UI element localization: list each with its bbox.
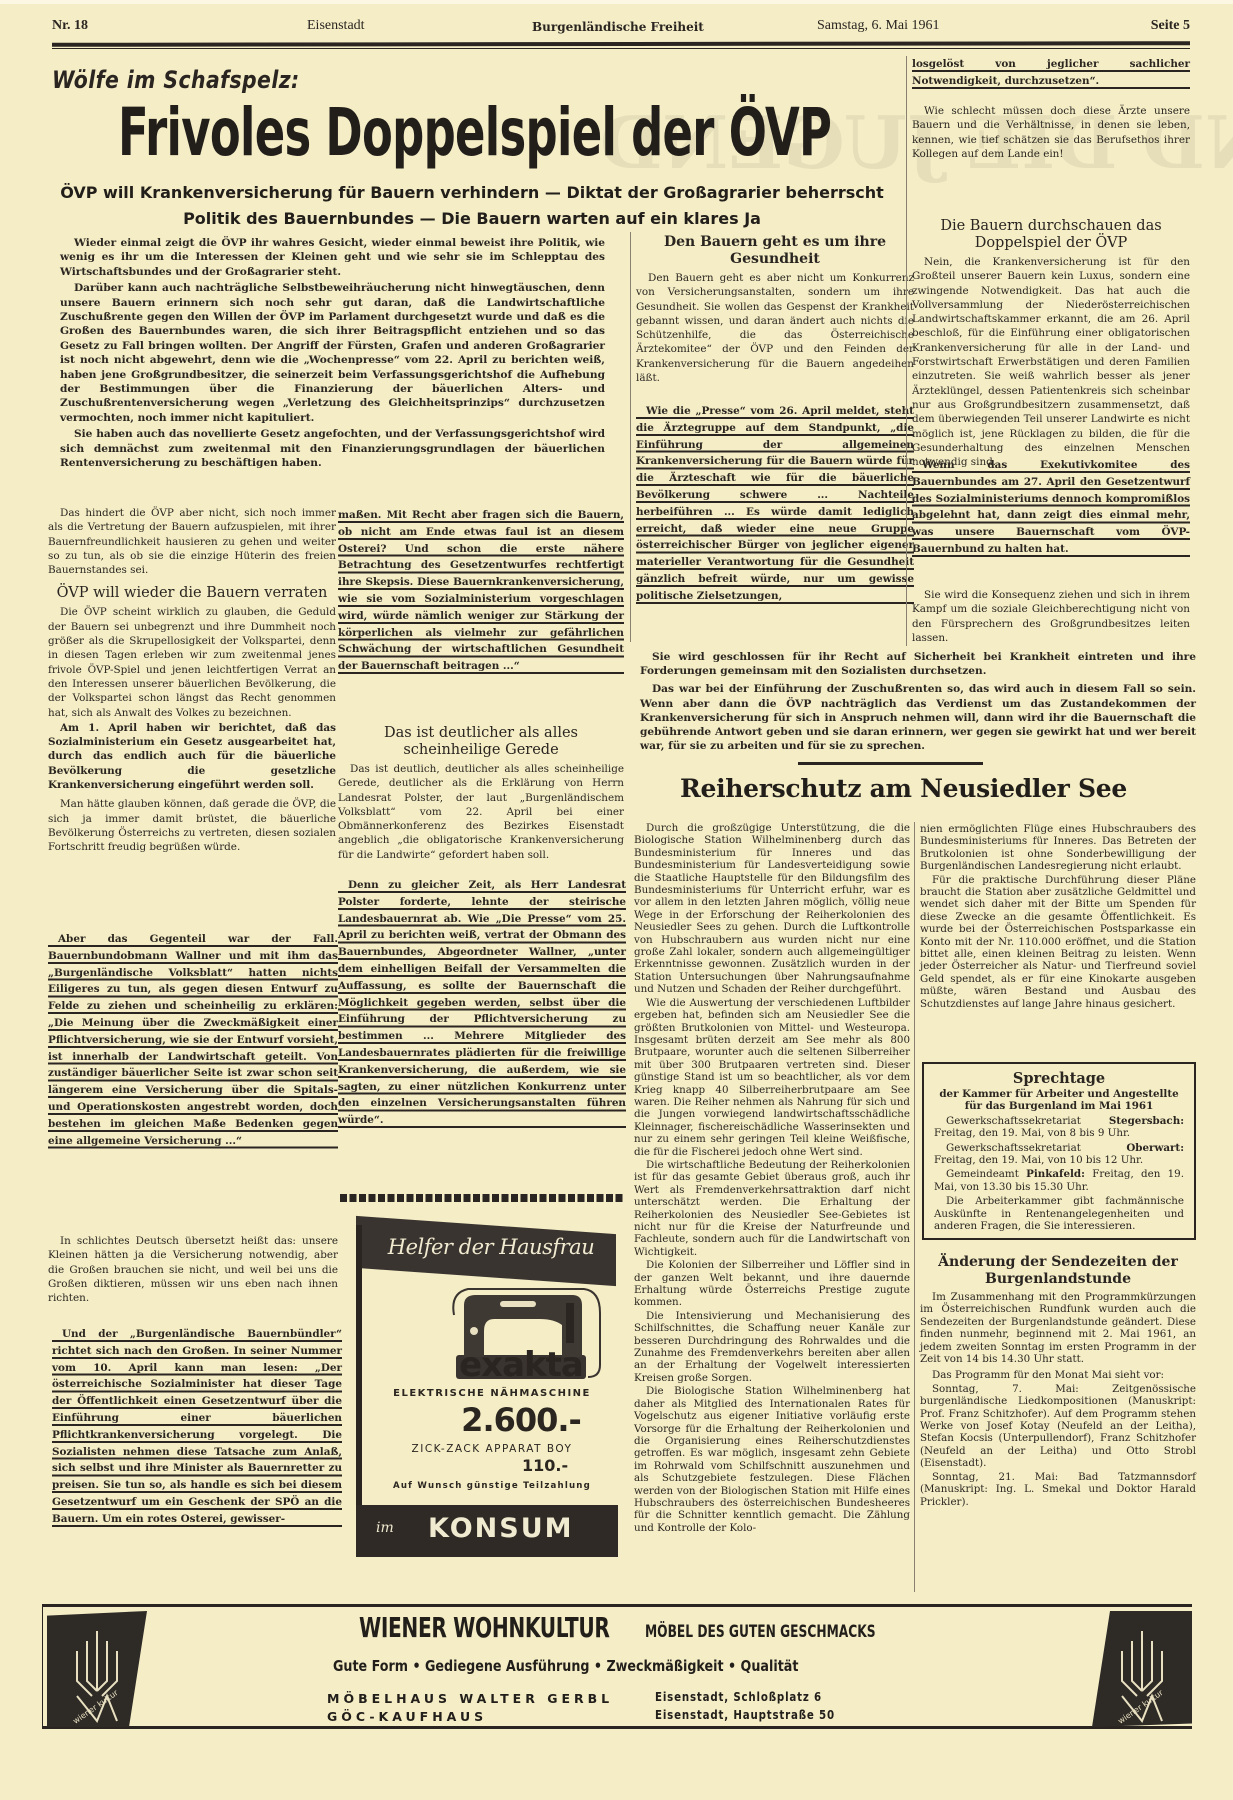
paragraph: Die ÖVP scheint wirklich zu glauben, die… [48, 605, 336, 719]
column-4-top: Wie schlecht müssen doch diese Ärzte uns… [912, 104, 1190, 162]
paragraph: Sonntag, 7. Mai: Zeitgenössische burgenl… [920, 1383, 1196, 1470]
newspaper-page: UND DIE JUGEND Nr. 18 Eisenstadt Burgenl… [0, 0, 1233, 1800]
underlined-paragraph: maßen. Mit Recht aber fragen sich die Ba… [338, 507, 624, 675]
ad-installment: Auf Wunsch günstige Teilzahlung [368, 1481, 616, 1491]
paragraph: Nein, die Krankenversicherung ist für de… [912, 255, 1190, 469]
ad-qualities: Gute Form • Gediegene Ausführung • Zweck… [333, 1657, 798, 1675]
reiher-column-right: nien ermöglichten Flüge eines Hubschraub… [920, 823, 1196, 1011]
wohnkultur-advertisement: wiener kultur WIENER WOHNKULTUR MÖBEL DE… [42, 1604, 1192, 1729]
issue-number: Nr. 18 [52, 18, 88, 34]
ad-tagline: MÖBEL DES GUTEN GESCHMACKS [645, 1622, 876, 1642]
schedule-entry: Gewerkschaftssekretariat Stegersbach: Fr… [934, 1115, 1184, 1140]
schedule-entry: Gewerkschaftssekretariat Oberwart: Freit… [934, 1142, 1184, 1167]
closing-paragraph: Sie wird geschlossen für ihr Recht auf S… [640, 650, 1196, 678]
paragraph: Die Biologische Station Wilhelminenberg … [634, 1385, 910, 1534]
section-heading: Die Bauern durchschauen das Doppelspiel … [912, 218, 1190, 252]
reiher-column-left: Durch die großzügige Unterstützung, die … [634, 822, 910, 1535]
dealer-name: MÖBELHAUS WALTER GERBL [327, 1691, 613, 1706]
underlined-quote-6: Wenn das Exekutivkomitee des Bauernbunde… [912, 457, 1190, 559]
underlined-paragraph: Aber das Gegenteil war der Fall. Bauernb… [48, 931, 338, 1149]
column-1-top: Das hindert die ÖVP aber nicht, sich noc… [48, 506, 336, 856]
underlined-paragraph: Denn zu gleicher Zeit, als Herr Landesra… [338, 877, 626, 1129]
paragraph: Durch die großzügige Unterstützung, die … [634, 822, 910, 996]
dealer-address: Eisenstadt, Hauptstraße 50 [655, 1707, 835, 1722]
underlined-paragraph: losgelöst von jeglicher sachlicher Notwe… [912, 56, 1190, 90]
newspaper-name: Burgenländische Freiheit [532, 20, 704, 34]
ad-frame [356, 1225, 362, 1545]
article-subhead: ÖVP will Krankenversicherung für Bauern … [42, 180, 902, 232]
ad-product: ELEKTRISCHE NÄHMASCHINE [372, 1388, 612, 1399]
paragraph: Das hindert die ÖVP aber nicht, sich noc… [48, 506, 336, 577]
underlined-quote-1: Aber das Gegenteil war der Fall. Bauernb… [48, 931, 338, 1150]
column-4-bottom: Sie wird die Konsequenz ziehen und sich … [912, 588, 1190, 646]
closing-paragraph: Das war bei der Einführung der Zuschußre… [640, 682, 1196, 753]
wk-logo-icon: wiener kultur [47, 1611, 147, 1727]
article-closing: Sie wird geschlossen für ihr Recht auf S… [640, 650, 1196, 757]
paragraph-bold: Am 1. April haben wir berichtet, daß das… [48, 721, 336, 792]
article-end-rule [798, 762, 983, 765]
ad-slogan: Helfer der Hausfrau [376, 1235, 606, 1259]
dealer-address: Eisenstadt, Schloßplatz 6 [655, 1689, 822, 1704]
article-headline: Frivoles Doppelspiel der ÖVP [118, 88, 594, 178]
masthead-city: Eisenstadt [307, 18, 365, 34]
box-note: Die Arbeiterkammer gibt fachmännische Au… [934, 1195, 1184, 1232]
article-lead: Wieder einmal zeigt die ÖVP ihr wahres G… [60, 236, 605, 473]
underlined-quote-3: Denn zu gleicher Zeit, als Herr Landesra… [338, 877, 626, 1130]
underlined-paragraph: Wie die „Presse“ vom 26. April meldet, s… [636, 403, 914, 605]
wiener-kultur-logo: wiener kultur [1092, 1611, 1192, 1727]
paragraph: Im Zusammenhang mit den Programmkürzunge… [920, 1291, 1196, 1365]
paragraph: Für die praktische Durchführung dieser P… [920, 874, 1196, 1010]
reiher-article-title: Reiherschutz am Neusiedler See [680, 774, 1127, 803]
paragraph: Man hätte glauben können, daß gerade die… [48, 797, 336, 854]
paragraph: In schlichtes Deutsch übersetzt heißt da… [48, 1234, 338, 1305]
box-subtitle: der Kammer für Arbeiter und Angestellte … [934, 1088, 1184, 1113]
paragraph: Das ist deutlich, deutlicher als alles s… [338, 762, 624, 862]
ad-price: 2.600.- [426, 1401, 616, 1439]
masthead-rule [52, 41, 1190, 47]
ad-brand: exakta [436, 1345, 606, 1385]
underlined-quote-2: Und der „Burgenländische Bauernbündler“ … [52, 1326, 342, 1529]
section-heading: Änderung der Sendezeiten der Burgenlands… [920, 1254, 1196, 1288]
ad-brand: WIENER WOHNKULTUR [359, 1611, 609, 1644]
lead-paragraph: Sie haben auch das novellierte Gesetz an… [60, 427, 605, 470]
dotted-divider [340, 1194, 625, 1202]
konsum-advertisement: Helfer der Hausfrau exakta ELEKTRISCHE N… [346, 1215, 616, 1600]
issue-date: Samstag, 6. Mai 1961 [817, 18, 940, 34]
masthead: Nr. 18 Eisenstadt Burgenländische Freihe… [52, 18, 1190, 40]
underlined-quote-5: losgelöst von jeglicher sachlicher Notwe… [912, 56, 1190, 91]
column-rule [630, 232, 631, 642]
paragraph: Sonntag, 21. Mai: Bad Tatzmannsdorf (Man… [920, 1471, 1196, 1508]
paragraph: Die Intensivierung und Mechanisierung de… [634, 1310, 910, 1384]
paragraph: Den Bauern geht es aber nicht um Konkurr… [636, 271, 914, 385]
box-title: Sprechtage [934, 1070, 1184, 1088]
section-heading: Das ist deutlicher als alles scheinheili… [338, 725, 624, 759]
paragraph: Die Kolonien der Silberreiher und Löffle… [634, 1259, 910, 1309]
dealer-name: GÖC-KAUFHAUS [327, 1709, 487, 1724]
box-entries: Gewerkschaftssekretariat Stegersbach: Fr… [934, 1115, 1184, 1233]
paragraph: Das Programm für den Monat Mai sieht vor… [920, 1369, 1196, 1381]
sendezeiten-article: Änderung der Sendezeiten der Burgenlands… [920, 1252, 1196, 1509]
paragraph: Wie schlecht müssen doch diese Ärzte uns… [912, 104, 1190, 161]
ad-accessory-price: 110.- [522, 1456, 568, 1475]
paragraph: Sie wird die Konsequenz ziehen und sich … [912, 588, 1190, 645]
underlined-quote-2-continued: maßen. Mit Recht aber fragen sich die Ba… [338, 507, 624, 676]
column-1-plain: In schlichtes Deutsch übersetzt heißt da… [48, 1234, 338, 1306]
paragraph: nien ermöglichten Flüge eines Hubschraub… [920, 823, 1196, 873]
paragraph: Die wirtschaftliche Bedeutung der Reiher… [634, 1159, 910, 1258]
ad-accessory: ZICK-ZACK APPARAT BOY [382, 1443, 602, 1455]
lead-paragraph: Darüber kann auch nachträgliche Selbstbe… [60, 281, 605, 425]
underlined-quote-4: Wie die „Presse“ vom 26. April meldet, s… [636, 403, 914, 606]
scan-edge [0, 0, 1233, 4]
column-rule [914, 822, 915, 1592]
underlined-paragraph: Wenn das Exekutivkomitee des Bauernbunde… [912, 457, 1190, 558]
column-3-top: Den Bauern geht es um ihre Gesundheit De… [636, 232, 914, 386]
ad-store: KONSUM [428, 1513, 574, 1544]
masthead-rule-thin [52, 48, 1190, 49]
column-2-middle: Das ist deutlicher als alles scheinheili… [338, 723, 624, 863]
underlined-paragraph: Und der „Burgenländische Bauernbündler“ … [52, 1326, 342, 1528]
column-rule [906, 56, 907, 646]
schedule-entry: Gemeindeamt Pinkafeld: Freitag, den 19. … [934, 1168, 1184, 1193]
section-heading: ÖVP will wieder die Bauern verraten [48, 585, 336, 602]
ad-at: im [376, 1520, 394, 1536]
paragraph: Wie die Auswertung der verschiedenen Luf… [634, 997, 910, 1158]
wk-logo-icon: wiener kultur [1092, 1611, 1192, 1727]
lead-paragraph: Wieder einmal zeigt die ÖVP ihr wahres G… [60, 236, 605, 279]
column-4-middle: Die Bauern durchschauen das Doppelspiel … [912, 216, 1190, 470]
sprechtage-box: Sprechtage der Kammer für Arbeiter und A… [922, 1062, 1196, 1240]
page-number: Seite 5 [1151, 18, 1190, 34]
section-heading: Den Bauern geht es um ihre Gesundheit [636, 234, 914, 268]
wiener-kultur-logo: wiener kultur [47, 1611, 147, 1727]
